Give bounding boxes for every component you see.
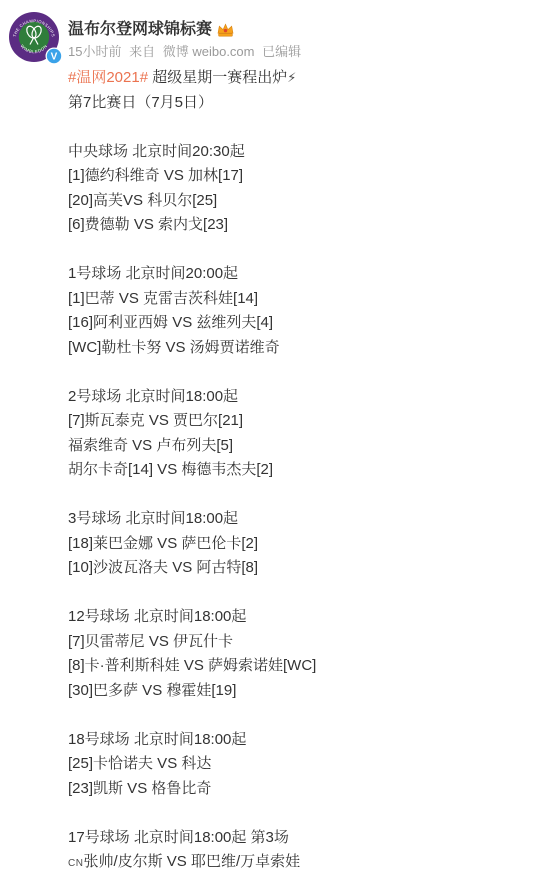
match-row: [WC]勒杜卡努 VS 汤姆贾诺维奇 (68, 336, 551, 361)
match-row: 福索维奇 VS 卢布列夫[5] (68, 434, 551, 459)
vip-crown-icon[interactable] (217, 22, 234, 37)
schedule-section-court-3: 3号球场 北京时间18:00起 [18]莱巴金娜 VS 萨巴伦卡[2] [10]… (68, 507, 551, 581)
user-name[interactable]: 温布尔登网球锦标赛 (68, 19, 212, 40)
match-row: [6]费德勒 VS 索内戈[23] (68, 213, 551, 238)
match-row: [30]巴多萨 VS 穆霍娃[19] (68, 679, 551, 704)
match-row: [16]阿利亚西姆 VS 兹维列夫[4] (68, 311, 551, 336)
venue-header: 3号球场 北京时间18:00起 (68, 507, 551, 532)
match-row: [8]卡·普利斯科娃 VS 萨姆索诺娃[WC] (68, 654, 551, 679)
match-row: [7]斯瓦泰克 VS 贾巴尔[21] (68, 409, 551, 434)
avatar[interactable]: THE CHAMPIONSHIPS WIMBLEDON V (9, 12, 59, 62)
cn-flag-tag: CN (68, 858, 83, 869)
svg-text:V: V (51, 52, 58, 63)
timestamp[interactable]: 15小时前 (68, 44, 121, 59)
schedule-section-court-12: 12号球场 北京时间18:00起 [7]贝雷蒂尼 VS 伊瓦什卡 [8]卡·普利… (68, 605, 551, 703)
post-meta: 15小时前 来自 微博 weibo.com 已编辑 (68, 43, 551, 60)
verified-v-icon: V (45, 47, 63, 65)
dateline: 第7比赛日（7月5日） (68, 91, 551, 116)
venue-header: 17号球场 北京时间18:00起 第3场 (68, 826, 551, 851)
match-row: [7]贝雷蒂尼 VS 伊瓦什卡 (68, 630, 551, 655)
match-row: [1]德约科维奇 VS 加林[17] (68, 164, 551, 189)
source-prefix: 来自 (129, 44, 155, 59)
venue-header: 12号球场 北京时间18:00起 (68, 605, 551, 630)
schedule-section-court-1: 1号球场 北京时间20:00起 [1]巴蒂 VS 克雷吉茨科娃[14] [16]… (68, 262, 551, 360)
venue-header: 2号球场 北京时间18:00起 (68, 385, 551, 410)
match-row: [1]巴蒂 VS 克雷吉茨科娃[14] (68, 287, 551, 312)
venue-header: 中央球场 北京时间20:30起 (68, 140, 551, 165)
match-row: [25]卡恰诺夫 VS 科达 (68, 752, 551, 777)
schedule-section-court-18: 18号球场 北京时间18:00起 [25]卡恰诺夫 VS 科达 [23]凯斯 V… (68, 728, 551, 802)
match-row: 胡尔卡奇[14] VS 梅德韦杰夫[2] (68, 458, 551, 483)
match-row: [23]凯斯 VS 格鲁比奇 (68, 777, 551, 802)
weibo-post: THE CHAMPIONSHIPS WIMBLEDON V 温布尔登网球锦标赛 … (0, 0, 551, 876)
post-body: #温网2021# 超级星期一赛程出炉⚡ 第7比赛日（7月5日） 中央球场 北京时… (68, 66, 551, 876)
schedule-section-centre-court: 中央球场 北京时间20:30起 [1]德约科维奇 VS 加林[17] [20]高… (68, 140, 551, 238)
hashtag-link[interactable]: #温网2021# (68, 69, 148, 86)
match-row: [20]高芙VS 科贝尔[25] (68, 189, 551, 214)
post-header: 温布尔登网球锦标赛 15小时前 来自 微博 weibo.com 已编辑 (68, 0, 551, 60)
match-row: [10]沙波瓦洛夫 VS 阿古特[8] (68, 556, 551, 581)
schedule-section-court-2: 2号球场 北京时间18:00起 [7]斯瓦泰克 VS 贾巴尔[21] 福索维奇 … (68, 385, 551, 483)
edited-label[interactable]: 已编辑 (262, 44, 301, 59)
match-row: CN张帅/皮尔斯 VS 耶巴维/万卓索娃 (68, 850, 551, 876)
venue-header: 18号球场 北京时间18:00起 (68, 728, 551, 753)
headline-text: 超级星期一赛程出炉 (152, 69, 287, 86)
source-link[interactable]: 微博 weibo.com (163, 44, 255, 59)
match-row: [18]莱巴金娜 VS 萨巴伦卡[2] (68, 532, 551, 557)
venue-header: 1号球场 北京时间20:00起 (68, 262, 551, 287)
schedule-section-court-17: 17号球场 北京时间18:00起 第3场 CN张帅/皮尔斯 VS 耶巴维/万卓索… (68, 826, 551, 876)
lightning-icon: ⚡ (287, 70, 296, 85)
